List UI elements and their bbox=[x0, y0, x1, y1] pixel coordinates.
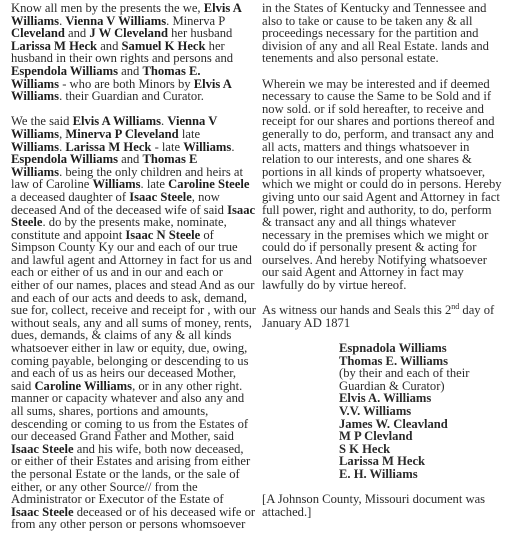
text-line: could do if personally present & acting … bbox=[262, 241, 508, 254]
paragraph-wherein: Wherein we may be interested and if deem… bbox=[262, 78, 508, 292]
text-line: generally to do, perform, and transact a… bbox=[262, 128, 508, 141]
text-line: tenements and also personal estate. bbox=[262, 52, 508, 65]
signature-name: E. H. Williams bbox=[339, 468, 508, 481]
text-run: . their Guardian and Curator. bbox=[59, 89, 204, 103]
text-line: from any other person or persons whomsoe… bbox=[11, 518, 251, 531]
right-column: in the States of Kentucky and Tennessee … bbox=[262, 2, 508, 531]
witness-line: As witness our hands and Seals this 2nd … bbox=[262, 304, 508, 317]
paragraph-appointment: We the said Elvis A Williams. Vienna VWi… bbox=[11, 115, 251, 531]
text-line: proceedings necessary for the partition … bbox=[262, 27, 508, 40]
witness-clause: As witness our hands and Seals this 2nd … bbox=[262, 304, 508, 329]
text-line: giving unto our said Agent and Attorney … bbox=[262, 191, 508, 204]
text-line: Williams. their Guardian and Curator. bbox=[11, 90, 251, 103]
signature-name: Espnadola Williams bbox=[339, 342, 508, 355]
text-line: relation to our interests, and one share… bbox=[262, 153, 508, 166]
note-line: [A Johnson County, Missouri document was bbox=[262, 493, 508, 506]
witness-date: January AD 1871 bbox=[262, 317, 508, 330]
signature-name: V.V. Williams bbox=[339, 405, 508, 418]
signature-annotation: (by their and each of their bbox=[339, 367, 508, 380]
text-run: . bbox=[231, 140, 234, 154]
attachment-note: [A Johnson County, Missouri document was… bbox=[262, 493, 508, 518]
signature-block: Espnadola WilliamsThomas E. Williams(by … bbox=[339, 342, 508, 481]
left-column: Know all men by the presents the we, Elv… bbox=[11, 2, 251, 544]
text-line: lawfully do by virtue hereof. bbox=[262, 279, 508, 292]
document-page: Know all men by the presents the we, Elv… bbox=[0, 0, 514, 548]
text-line: necessary to cause the Same to be Sold a… bbox=[262, 90, 508, 103]
paragraph-powers: in the States of Kentucky and Tennessee … bbox=[262, 2, 508, 65]
text-run: from any other person or persons whomsoe… bbox=[11, 517, 245, 531]
text-line: in the States of Kentucky and Tennessee … bbox=[262, 2, 508, 15]
bold-name: Williams bbox=[11, 89, 59, 103]
signature-name: M P Clevland bbox=[339, 430, 508, 443]
paragraph-parties: Know all men by the presents the we, Elv… bbox=[11, 2, 251, 103]
note-line: attached.] bbox=[262, 506, 508, 519]
text-line: & transact any and all things whatever bbox=[262, 216, 508, 229]
bold-name: Isaac bbox=[227, 203, 255, 217]
